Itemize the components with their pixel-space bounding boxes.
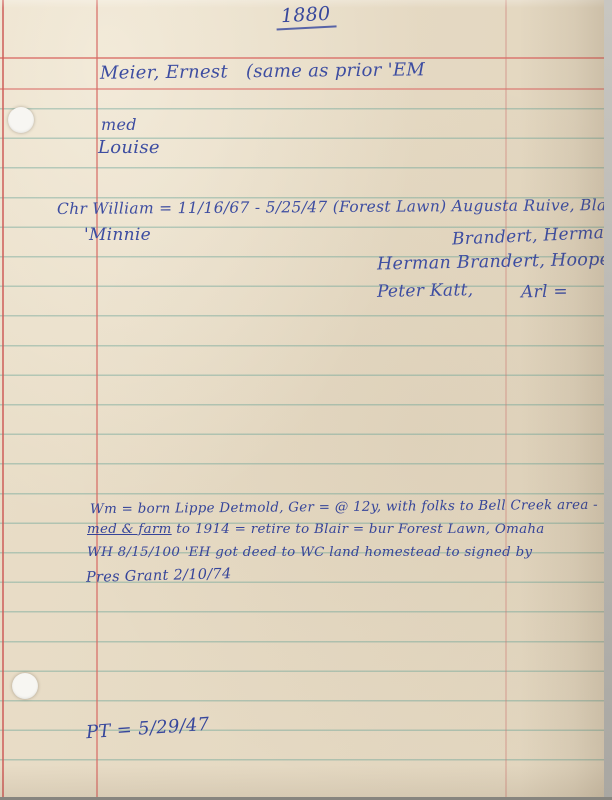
paragraph-line-2: med & farm to 1914 = retire to Blair = b… — [87, 523, 545, 538]
name-herman-brandert-hooper: Herman Brandert, Hooper — [377, 250, 612, 274]
paragraph-line-2-underlined: med & farm — [87, 522, 172, 537]
left-margin-rule — [96, 0, 98, 797]
paragraph-line-2-rest: to 1914 = retire to Blair = bur Forest L… — [172, 522, 545, 537]
footer-date: PT = 5/29/47 — [85, 715, 210, 743]
scanner-background-right — [604, 0, 612, 800]
hole-punch-top — [8, 107, 34, 133]
name-place-arl: Arl = — [521, 283, 568, 303]
paragraph-line-3: WH 8/15/100 'EH got deed to WC land home… — [87, 546, 532, 561]
entry-title: Meier, Ernest (same as prior 'EM — [100, 60, 425, 83]
chr-william-line: Chr William = 11/16/67 - 5/25/47 (Forest… — [57, 197, 612, 218]
name-brandert-herman: Brandert, Herman — [452, 223, 612, 249]
right-margin-rule — [505, 0, 507, 797]
scan-edge-shading — [0, 0, 604, 797]
name-minnie: 'Minnie — [84, 226, 151, 245]
note-med: med — [101, 116, 137, 134]
notebook-paper: 1880 Meier, Ernest (same as prior 'EM me… — [0, 0, 604, 797]
paragraph-line-1: Wm = born Lippe Detmold, Ger = @ 12y, wi… — [90, 499, 598, 518]
head-rule-line-2 — [0, 88, 604, 90]
hole-punch-bottom — [12, 673, 38, 699]
head-rule-line-1 — [0, 57, 604, 59]
left-edge-rule — [2, 0, 4, 797]
name-louise: Louise — [98, 138, 160, 158]
paragraph-line-4: Pres Grant 2/10/74 — [86, 567, 232, 587]
year-heading: 1880 — [275, 3, 336, 30]
name-peter-katt: Peter Katt, — [377, 281, 474, 301]
